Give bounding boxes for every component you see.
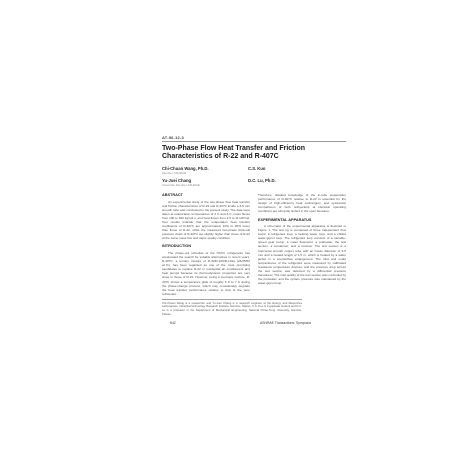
author-affiliation — [248, 172, 346, 176]
introduction-text: The phase-out schedule of the HCFC refri… — [162, 251, 250, 295]
paper-code: AT-96-12-3 — [162, 136, 346, 140]
author-right: D.C. Lu, Ph.D. — [248, 178, 346, 187]
experimental-apparatus-text: A schematic of the experimental apparatu… — [258, 224, 346, 285]
author-left: Yu-Juei Chang Associate Member ASHRAE — [162, 178, 248, 187]
paper-page-preview: AT-96-12-3 Two-Phase Flow Heat Transfer … — [0, 0, 458, 458]
author-row: Yu-Juei Chang Associate Member ASHRAE D.… — [162, 178, 346, 187]
paper-first-page: AT-96-12-3 Two-Phase Flow Heat Transfer … — [162, 136, 346, 327]
author-affiliation: Associate Member ASHRAE — [162, 184, 248, 188]
affiliation-footnote: Chi-Chuan Wang is a researcher and Yu-Ju… — [162, 299, 302, 316]
author-right: C.S. Kuo — [248, 166, 346, 175]
body-columns: ABSTRACT An experimental study of the tw… — [162, 193, 346, 295]
right-column: Therefore, detailed knowledge of the in-… — [258, 193, 346, 295]
author-row: Chi-Chuan Wang, Ph.D. Member ASHRAE C.S.… — [162, 166, 346, 175]
introduction-heading: INTRODUCTION — [162, 244, 250, 249]
experimental-apparatus-heading: EXPERIMENTAL APPARATUS — [258, 218, 346, 223]
author-name: C.S. Kuo — [248, 166, 346, 171]
page-footer: 642 ASHRAE Transactions: Symposia — [162, 321, 346, 327]
journal-footer-label: ASHRAE Transactions: Symposia — [260, 321, 311, 325]
author-affiliation — [248, 184, 346, 188]
header-rule — [162, 141, 346, 142]
paper-title: Two-Phase Flow Heat Transfer and Frictio… — [162, 145, 312, 162]
author-affiliation: Member ASHRAE — [162, 172, 248, 176]
footnote-text: Chi-Chuan Wang is a researcher and Yu-Ju… — [162, 302, 302, 317]
abstract-heading: ABSTRACT — [162, 193, 250, 198]
left-column: ABSTRACT An experimental study of the tw… — [162, 193, 250, 295]
author-left: Chi-Chuan Wang, Ph.D. Member ASHRAE — [162, 166, 248, 175]
author-name: D.C. Lu, Ph.D. — [248, 178, 346, 183]
page-number: 642 — [170, 321, 176, 325]
introduction-continued-text: Therefore, detailed knowledge of the in-… — [258, 193, 346, 213]
author-block: Chi-Chuan Wang, Ph.D. Member ASHRAE C.S.… — [162, 166, 346, 187]
footnote-rule — [162, 299, 302, 300]
abstract-text: An experimental study of the two-phase f… — [162, 200, 250, 241]
